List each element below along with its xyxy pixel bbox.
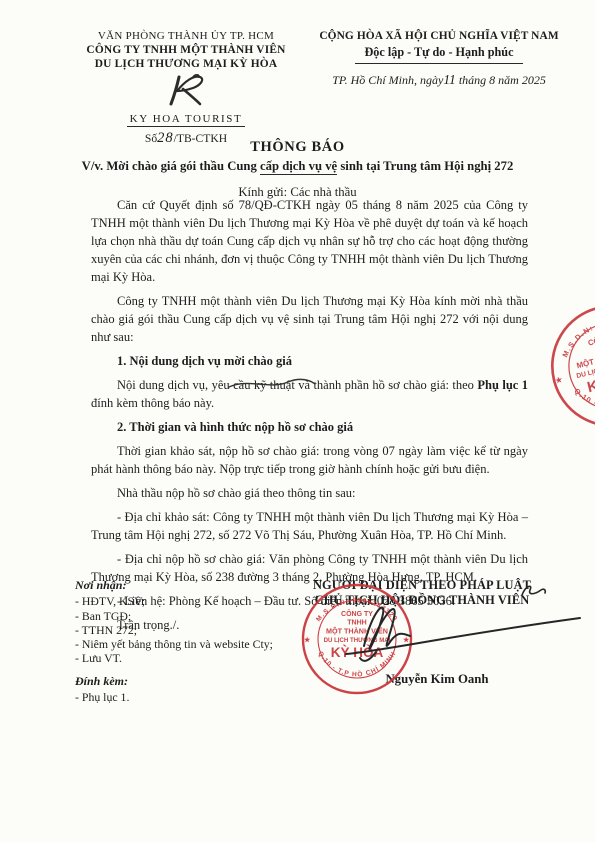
date-day-handwritten: 11 — [443, 72, 456, 87]
company-logo — [56, 73, 316, 109]
date-prefix: TP. Hồ Chí Minh, ngày — [332, 73, 443, 87]
paraph-mark — [517, 581, 551, 601]
recipient-item: - Lưu VT. — [75, 651, 310, 665]
attachment-item: - Phụ lục 1. — [75, 690, 310, 704]
subject-underlined: cấp dịch vụ vệ — [260, 159, 337, 175]
attachment-label: Đính kèm: — [75, 674, 310, 688]
kyhoa-logo-icon — [163, 73, 209, 107]
paragraph-submit-info: Nhà thầu nộp hồ sơ chào giá theo thông t… — [91, 484, 528, 502]
subject-pre: V/v. Mời chào giá gói thầu Cung — [82, 159, 260, 173]
recipients-block: Nơi nhận: - HĐTV, KSV; - Ban TGĐ; - TTHN… — [75, 578, 310, 704]
document-page: VĂN PHÒNG THÀNH ỦY TP. HCM CÔNG TY TNHH … — [0, 0, 595, 842]
letterhead-left: VĂN PHÒNG THÀNH ỦY TP. HCM CÔNG TY TNHH … — [56, 30, 316, 147]
document-title: THÔNG BÁO — [40, 139, 555, 156]
section-1-heading: 1. Nội dung dịch vụ mời chào giá — [91, 352, 528, 370]
stamp-star-left: ★ — [554, 375, 564, 386]
pen-squiggle — [226, 376, 318, 392]
recipient-item: - TTHN 272; — [75, 623, 310, 637]
appendix-reference: Phụ lục 1 — [477, 378, 528, 392]
paragraph-invitation: Công ty TNHH một thành viên Du lịch Thươ… — [91, 292, 528, 346]
date-line: TP. Hồ Chí Minh, ngày11 tháng 8 năm 2025 — [295, 72, 583, 88]
title-block: THÔNG BÁO V/v. Mời chào giá gói thầu Cun… — [40, 139, 555, 200]
paragraph-deadline: Thời gian khảo sát, nộp hồ sơ chào giá: … — [91, 442, 528, 478]
paragraph-basis: Căn cứ Quyết định số 78/QĐ-CTKH ngày 05 … — [91, 196, 528, 286]
stamp-line3: MỘT THÀNH VIÊN — [576, 345, 595, 370]
stamp-star-left: ★ — [304, 636, 311, 644]
section-2-heading: 2. Thời gian và hình thức nộp hồ sơ chào… — [91, 418, 528, 436]
company-name-line2: DU LỊCH THƯƠNG MẠI KỲ HÒA — [56, 58, 316, 70]
subject-post: sinh tại Trung tâm Hội nghị 272 — [337, 159, 513, 173]
recipient-item: - Ban TGĐ; — [75, 609, 310, 623]
national-title: CỘNG HÒA XÃ HỘI CHỦ NGHĨA VIỆT NAM — [295, 30, 583, 42]
logo-wordmark: KY HOA TOURIST — [127, 113, 246, 127]
national-motto: Độc lập - Tự do - Hạnh phúc — [355, 45, 524, 64]
recipients-label: Nơi nhận: — [75, 578, 310, 592]
company-stamp-side: M.S.D.N: 0305163320 Q.10 - T.P HỒ CHÍ MI… — [536, 290, 595, 443]
recipient-item: - Niêm yết bảng thông tin và website Cty… — [75, 637, 310, 651]
section-1-text-end: đính kèm thông báo này. — [91, 396, 214, 410]
date-suffix: tháng 8 năm 2025 — [456, 73, 546, 87]
paragraph-survey-address: - Địa chỉ khảo sát: Công ty TNHH một thà… — [91, 508, 528, 544]
parent-office: VĂN PHÒNG THÀNH ỦY TP. HCM — [56, 30, 316, 42]
company-name-line1: CÔNG TY TNHH MỘT THÀNH VIÊN — [56, 44, 316, 56]
letterhead-right: CỘNG HÒA XÃ HỘI CHỦ NGHĨA VIỆT NAM Độc l… — [295, 30, 583, 88]
document-subject: V/v. Mời chào giá gói thầu Cung cấp dịch… — [40, 159, 555, 174]
body-text: Căn cứ Quyết định số 78/QĐ-CTKH ngày 05 … — [91, 196, 528, 640]
recipient-item: - HĐTV, KSV; — [75, 594, 310, 608]
